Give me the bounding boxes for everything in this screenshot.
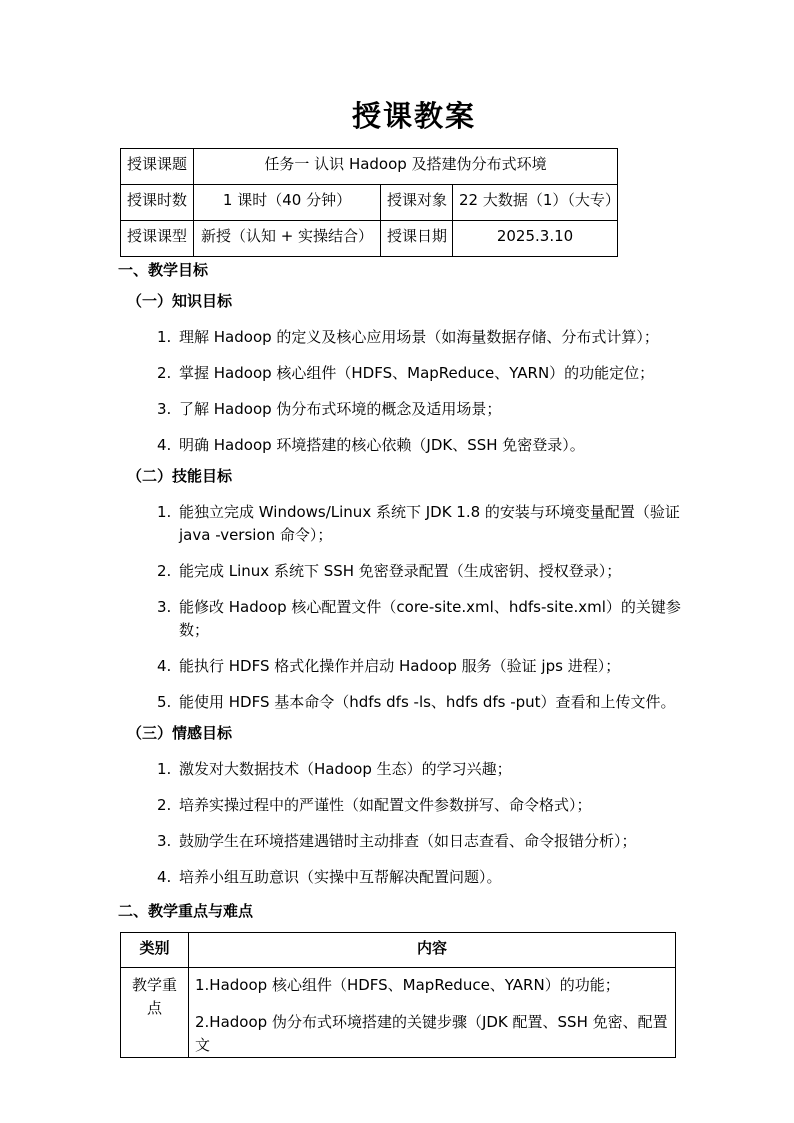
list-item-number: 4. [157, 434, 179, 457]
list-item: 1. 能独立完成 Windows/Linux 系统下 JDK 1.8 的安装与环… [118, 501, 710, 547]
list-item: 3. 了解 Hadoop 伪分布式环境的概念及适用场景； [118, 398, 710, 421]
list-item-number: 3. [157, 830, 179, 853]
list-item-text: 明确 Hadoop 环境搭建的核心依赖（JDK、SSH 免密登录）。 [179, 434, 710, 457]
list-item-number: 3. [157, 398, 179, 421]
list-item: 2. 培养实操过程中的严谨性（如配置文件参数拼写、命令格式）； [118, 794, 710, 817]
list-item: 2. 掌握 Hadoop 核心组件（HDFS、MapReduce、YARN）的功… [118, 362, 710, 385]
list-item-text: 培养实操过程中的严谨性（如配置文件参数拼写、命令格式）； [179, 794, 710, 817]
list-item-text: 激发对大数据技术（Hadoop 生态）的学习兴趣； [179, 758, 710, 781]
list-item: 3. 鼓励学生在环境搭建遇错时主动排查（如日志查看、命令报错分析）； [118, 830, 710, 853]
label-course-date: 授课日期 [381, 221, 453, 257]
list-item: 1. 激发对大数据技术（Hadoop 生态）的学习兴趣； [118, 758, 710, 781]
content-line-truncated: 2.Hadoop 伪分布式环境搭建的关键步骤（JDK 配置、SSH 免密、配置文 [195, 1011, 669, 1057]
course-info-table: 授课课题 任务一 认识 Hadoop 及搭建伪分布式环境 授课时数 1 课时（4… [120, 148, 618, 257]
list-item-number: 2. [157, 794, 179, 817]
key-points-table: 类别 内容 教学重点 1.Hadoop 核心组件（HDFS、MapReduce、… [120, 932, 676, 1058]
section-heading-key-difficult-points: 二、教学重点与难点 [118, 900, 710, 923]
subsection-heading-skill-goals: （二）技能目标 [127, 465, 710, 488]
value-course-hours: 1 课时（40 分钟） [194, 185, 381, 221]
list-item: 5. 能使用 HDFS 基本命令（hdfs dfs -ls、hdfs dfs -… [118, 691, 710, 714]
column-header-content: 内容 [189, 933, 676, 968]
cell-category-teaching-focus: 教学重点 [121, 968, 189, 1058]
list-item: 4. 能执行 HDFS 格式化操作并启动 Hadoop 服务（验证 jps 进程… [118, 655, 710, 678]
list-item-number: 5. [157, 691, 179, 714]
label-course-hours: 授课时数 [121, 185, 194, 221]
list-item-number: 1. [157, 758, 179, 781]
key-points-row-teaching-focus: 教学重点 1.Hadoop 核心组件（HDFS、MapReduce、YARN）的… [121, 968, 676, 1058]
info-row-type-date: 授课课型 新授（认知 + 实操结合） 授课日期 2025.3.10 [121, 221, 618, 257]
list-item-number: 4. [157, 655, 179, 678]
label-course-type: 授课课型 [121, 221, 194, 257]
label-course-topic: 授课课题 [121, 149, 194, 185]
list-item-text: 能修改 Hadoop 核心配置文件（core-site.xml、hdfs-sit… [179, 596, 710, 642]
list-item-text: 能独立完成 Windows/Linux 系统下 JDK 1.8 的安装与环境变量… [179, 501, 710, 547]
list-item-number: 2. [157, 362, 179, 385]
list-item-number: 1. [157, 326, 179, 349]
column-header-category: 类别 [121, 933, 189, 968]
value-course-type: 新授（认知 + 实操结合） [194, 221, 381, 257]
label-course-audience: 授课对象 [381, 185, 453, 221]
value-course-date: 2025.3.10 [453, 221, 618, 257]
subsection-heading-affective-goals: （三）情感目标 [127, 722, 710, 745]
list-item-number: 4. [157, 866, 179, 889]
subsection-heading-knowledge-goals: （一）知识目标 [127, 290, 710, 313]
document-title: 授课教案 [118, 96, 710, 136]
value-course-audience: 22 大数据（1）（大专） [453, 185, 618, 221]
list-item-text: 能执行 HDFS 格式化操作并启动 Hadoop 服务（验证 jps 进程）； [179, 655, 710, 678]
list-item-text: 了解 Hadoop 伪分布式环境的概念及适用场景； [179, 398, 710, 421]
cell-content-teaching-focus: 1.Hadoop 核心组件（HDFS、MapReduce、YARN）的功能； 2… [189, 968, 676, 1058]
list-item-text: 能完成 Linux 系统下 SSH 免密登录配置（生成密钥、授权登录）； [179, 560, 710, 583]
list-item-text: 鼓励学生在环境搭建遇错时主动排查（如日志查看、命令报错分析）； [179, 830, 710, 853]
section-heading-teaching-goals: 一、教学目标 [118, 259, 710, 282]
key-points-header-row: 类别 内容 [121, 933, 676, 968]
list-item: 2. 能完成 Linux 系统下 SSH 免密登录配置（生成密钥、授权登录）； [118, 560, 710, 583]
value-course-topic: 任务一 认识 Hadoop 及搭建伪分布式环境 [194, 149, 618, 185]
content-line: 1.Hadoop 核心组件（HDFS、MapReduce、YARN）的功能； [195, 974, 669, 997]
info-row-hours-audience: 授课时数 1 课时（40 分钟） 授课对象 22 大数据（1）（大专） [121, 185, 618, 221]
document-content: 授课教案 授课课题 任务一 认识 Hadoop 及搭建伪分布式环境 授课时数 1… [118, 96, 710, 1058]
info-row-topic: 授课课题 任务一 认识 Hadoop 及搭建伪分布式环境 [121, 149, 618, 185]
list-item-number: 3. [157, 596, 179, 642]
list-item: 4. 培养小组互助意识（实操中互帮解决配置问题）。 [118, 866, 710, 889]
list-item-text: 能使用 HDFS 基本命令（hdfs dfs -ls、hdfs dfs -put… [179, 691, 710, 714]
list-item-number: 2. [157, 560, 179, 583]
list-item-text: 培养小组互助意识（实操中互帮解决配置问题）。 [179, 866, 710, 889]
list-item-text: 理解 Hadoop 的定义及核心应用场景（如海量数据存储、分布式计算）； [179, 326, 710, 349]
list-item: 1. 理解 Hadoop 的定义及核心应用场景（如海量数据存储、分布式计算）； [118, 326, 710, 349]
list-item-number: 1. [157, 501, 179, 547]
list-item-text: 掌握 Hadoop 核心组件（HDFS、MapReduce、YARN）的功能定位… [179, 362, 710, 385]
list-item: 4. 明确 Hadoop 环境搭建的核心依赖（JDK、SSH 免密登录）。 [118, 434, 710, 457]
list-item: 3. 能修改 Hadoop 核心配置文件（core-site.xml、hdfs-… [118, 596, 710, 642]
document-page: 授课教案 授课课题 任务一 认识 Hadoop 及搭建伪分布式环境 授课时数 1… [0, 0, 794, 1123]
